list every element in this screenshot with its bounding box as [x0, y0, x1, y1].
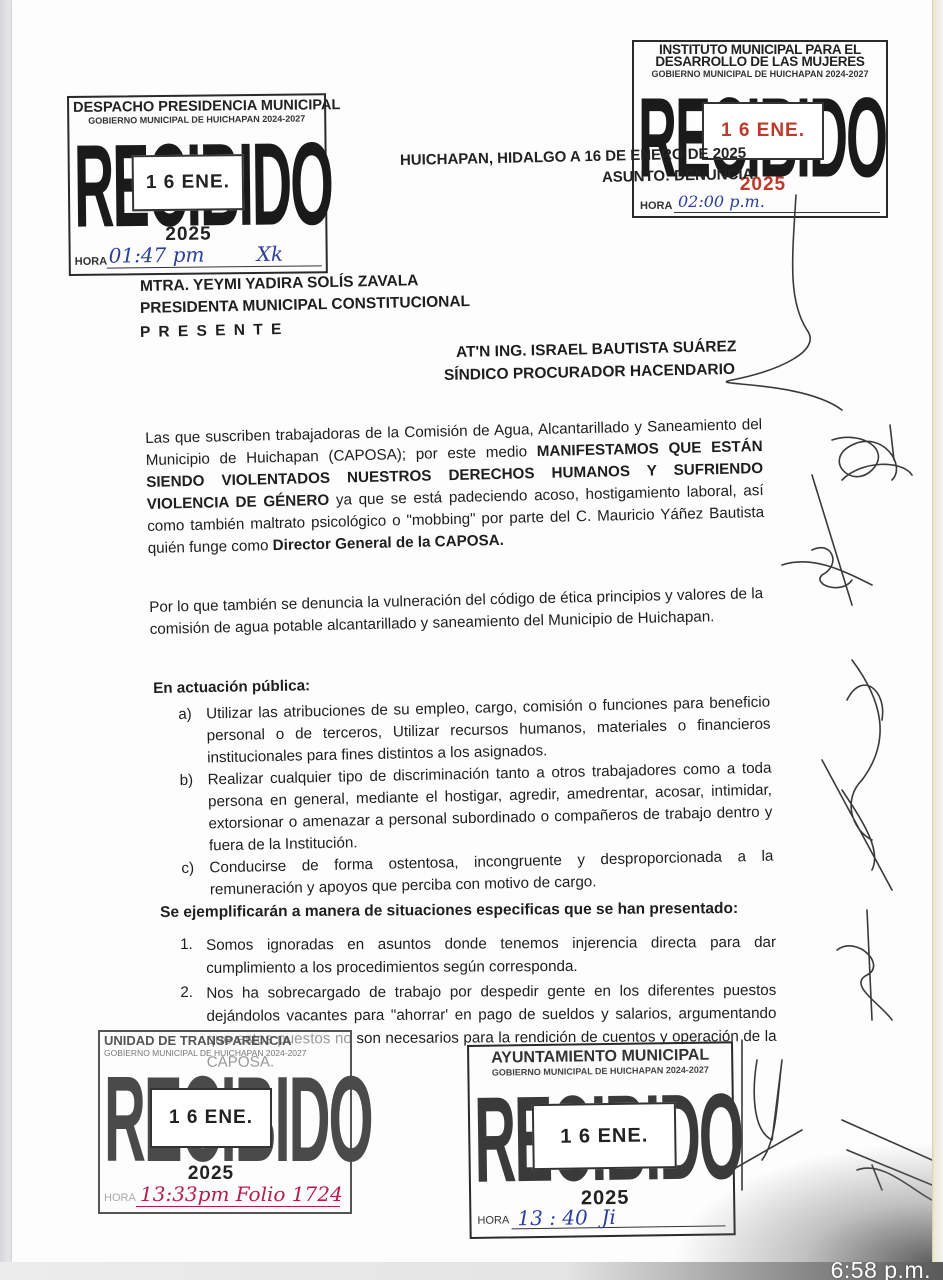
status-bar-time: 6:58 p.m.	[831, 1257, 931, 1280]
signature-3	[802, 640, 912, 900]
document-page: DESPACHO PRESIDENCIA MUNICIPAL GOBIERNO …	[12, 0, 932, 1262]
viewer-right-edge	[932, 0, 943, 1280]
signature-5	[732, 1040, 932, 1190]
viewer-left-edge	[0, 0, 12, 1280]
signature-4	[822, 905, 912, 1025]
viewer-bottom-bar	[0, 1262, 943, 1280]
signature-2	[772, 455, 882, 615]
